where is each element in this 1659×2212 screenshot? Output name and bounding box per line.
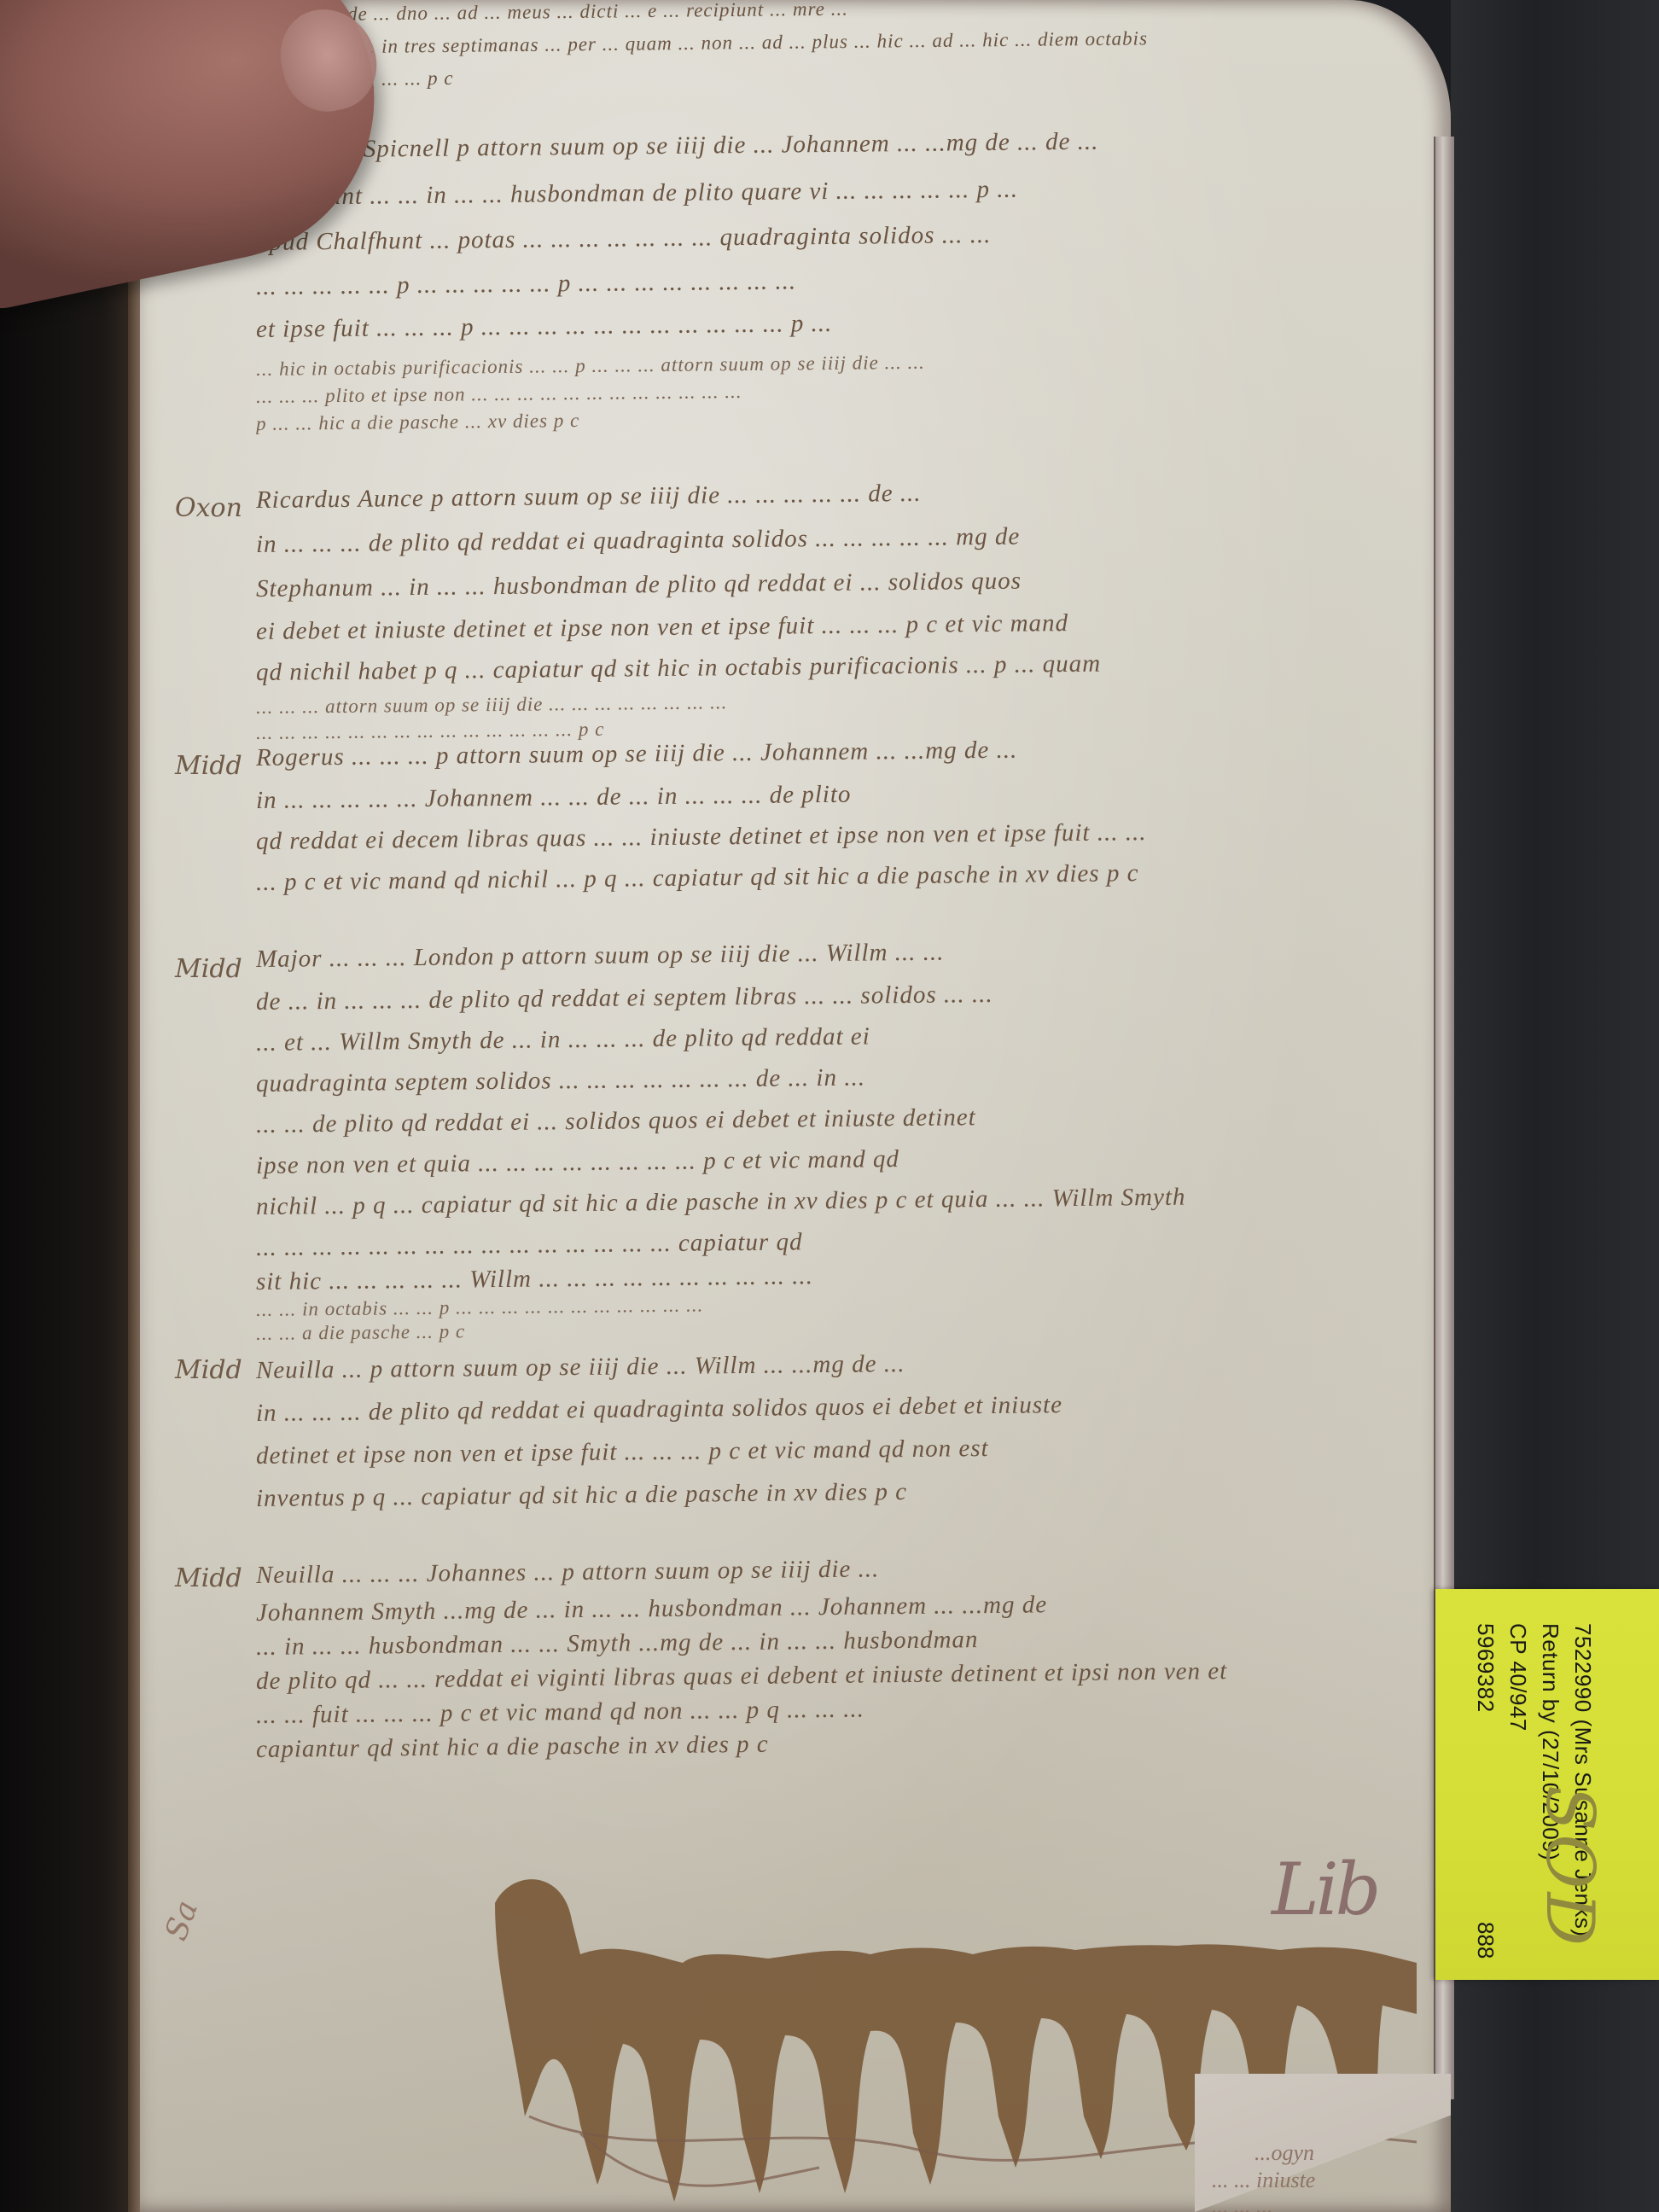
handwritten-code: SOD <box>1531 1785 1608 1949</box>
folded-corner-line: ...ogyn <box>1254 2140 1314 2166</box>
county-margin-mark: Midd <box>175 751 242 781</box>
county-margin-mark: Midd <box>175 1355 242 1385</box>
document-reference-id: 5969382 <box>1472 1623 1499 1713</box>
county-margin-mark: Midd <box>175 1563 242 1593</box>
membrane-left-edge <box>128 256 140 2212</box>
catalogue-reference: CP 40/947 <box>1505 1623 1531 1732</box>
folded-corner-line: ... ... ... <box>1212 2193 1273 2212</box>
folded-corner-line: ... ... iniuste <box>1212 2168 1315 2193</box>
dark-background-left <box>0 0 145 2212</box>
slip-number: 888 <box>1472 1922 1499 1959</box>
archive-order-slip-text: 5969382 CP 40/947 Return by (27/10/2009)… <box>1435 1589 1659 1980</box>
county-margin-mark: Oxon <box>175 493 242 523</box>
county-margin-mark: Midd <box>175 954 242 984</box>
archive-order-slip: 5969382 CP 40/947 Return by (27/10/2009)… <box>1435 1589 1659 1980</box>
